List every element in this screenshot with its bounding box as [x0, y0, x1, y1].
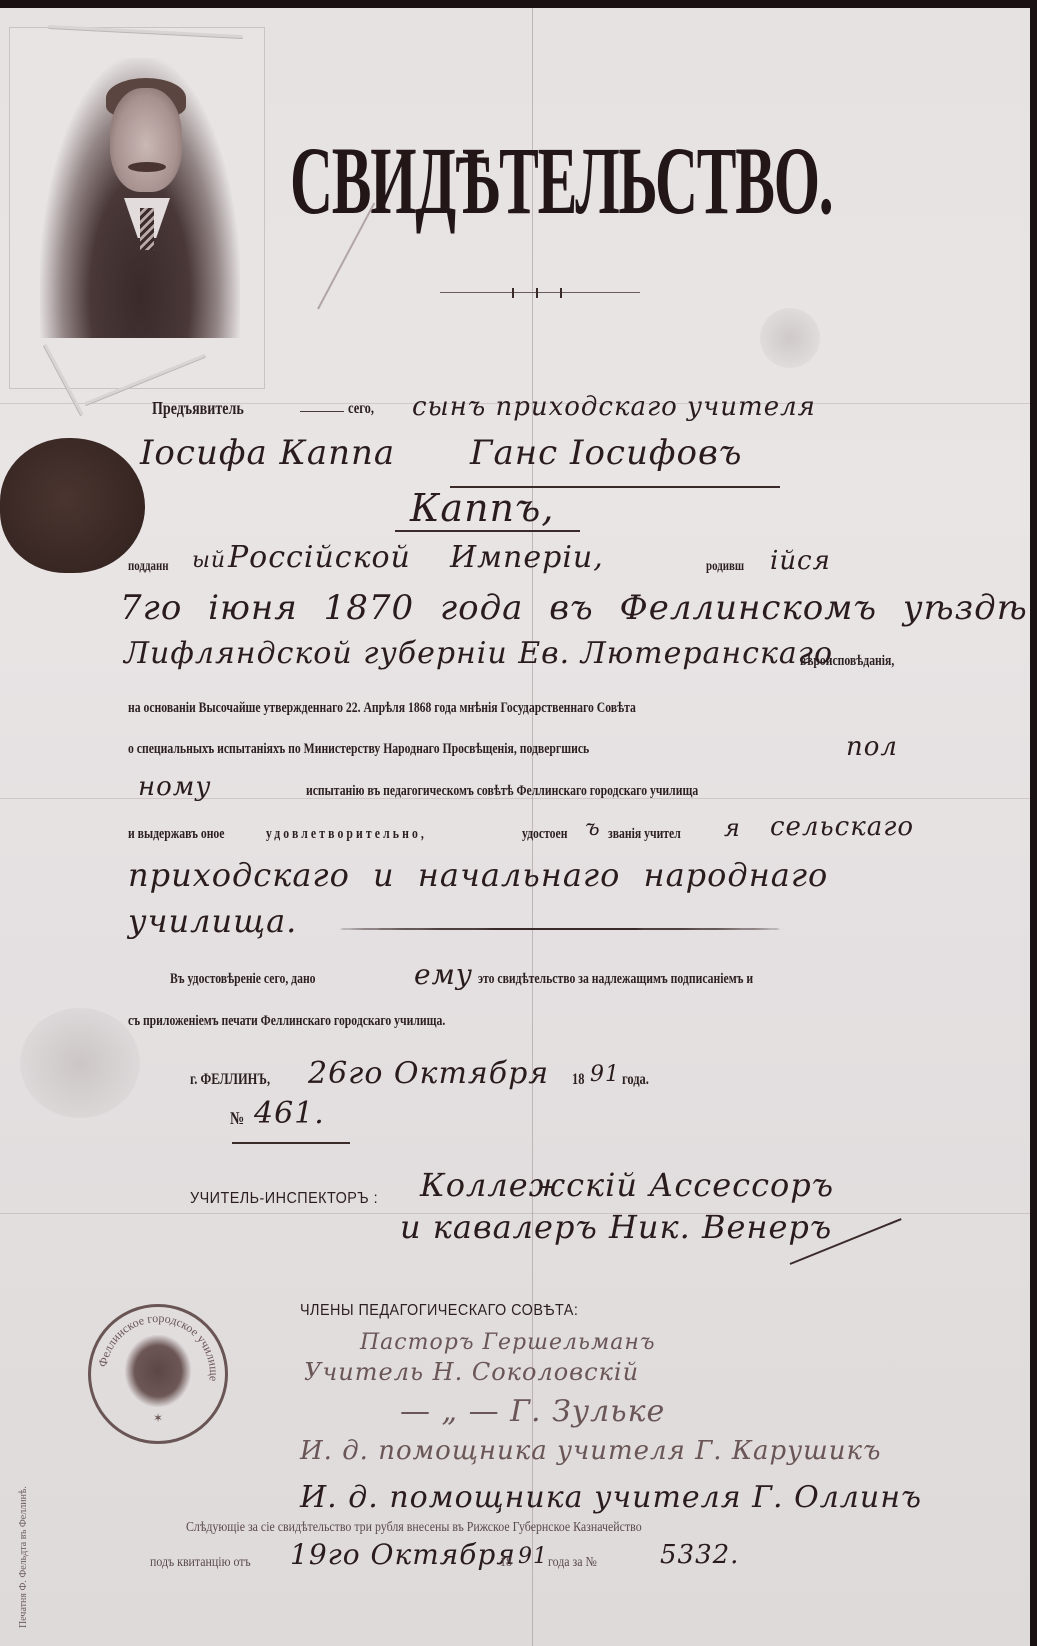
printer-imprint: Печатня Ф. Фельдта въ Феллинѣ. — [18, 1486, 29, 1628]
hand-issue-date: 26го Октября — [308, 1056, 549, 1091]
fill-line — [300, 411, 344, 412]
star-icon: ✶ — [153, 1411, 163, 1425]
hand-year-suffix: 91 — [518, 1544, 548, 1569]
printed-number-sign: № — [230, 1108, 244, 1129]
double-headed-eagle-icon — [125, 1335, 191, 1407]
printed-school-seal: съ приложеніемъ печати Феллинскаго город… — [128, 1013, 445, 1030]
hand-school-type: приходскаго и начальнаго народнаго — [128, 856, 828, 894]
fee-receipt-label: подъ квитанцію отъ — [150, 1555, 251, 1571]
hand-rural: сельскаго — [770, 812, 914, 842]
printed-special-exams: о специальныхъ испытаніяхъ по Министерст… — [128, 741, 589, 758]
hand-province-confession: Лифляндской губерніи Ев. Лютеранскаго — [124, 636, 833, 671]
portrait-figure — [40, 58, 240, 338]
inspector-label: УЧИТЕЛЬ-ИНСПЕКТОРЪ : — [190, 1190, 378, 1208]
printed-city: г. ФЕЛЛИНЪ, — [190, 1071, 270, 1089]
photo-border — [1030, 0, 1037, 1646]
hand-certificate-number: 461. — [254, 1096, 325, 1131]
printed-exam-council: испытанію въ педагогическомъ совѣтѣ Фелл… — [306, 783, 698, 800]
number-flourish — [232, 1142, 350, 1144]
school-stamp: Феллинское городское училище ✶ — [88, 1304, 228, 1444]
fee-note-text: Слѣдующіе за сіе свидѣтельство три рубля… — [186, 1520, 642, 1536]
inspector-signature-name: и кавалеръ Ник. Венеръ — [400, 1208, 832, 1246]
printed-sego: сего, — [348, 400, 374, 418]
hand-birth-date-place: 7го іюня 1870 года въ Феллинскомъ уѣздѣ — [120, 588, 1028, 628]
hand-him: ему — [414, 958, 473, 991]
hand-father-name: Іосифа Каппа — [140, 433, 395, 473]
paper-stain — [20, 1008, 140, 1118]
printed-legal-basis: на основаніи Высочайше утвержденнаго 22.… — [128, 700, 636, 717]
hand-ending: я — [724, 814, 741, 842]
hand-empire: Имперіи, — [450, 540, 604, 575]
hand-ending: ійся — [770, 546, 831, 576]
printed-year-prefix: 18 — [500, 1555, 512, 1571]
surname-underline — [395, 530, 580, 532]
printed-satisfactory: удовлетворительно, — [266, 826, 427, 843]
wax-seal — [0, 438, 145, 573]
hand-ending: ъ — [585, 816, 601, 841]
certificate-sheet: СВИДѢТЕЛЬСТВО. Предъявитель сего, сынъ п… — [0, 8, 1030, 1646]
council-signature: Пасторъ Гершельманъ — [360, 1330, 656, 1355]
council-signature: И. д. помощника учителя Г. Карушикъ — [300, 1436, 881, 1466]
council-signature: И. д. помощника учителя Г. Оллинъ — [300, 1480, 922, 1515]
hand-receipt-number: 5332. — [660, 1540, 739, 1570]
hand-full-part1: пол — [846, 732, 898, 762]
council-label: ЧЛЕНЫ ПЕДАГОГИЧЕСКАГО СОВѢТА: — [300, 1302, 578, 1320]
council-signature: — „ — Г. Зульке — [400, 1394, 665, 1429]
printed-teacher-title: званія учител — [608, 826, 681, 843]
printed-attestation: Въ удостовѣреніе сего, дано — [170, 971, 316, 988]
hand-school: училища. — [128, 902, 297, 940]
hand-son-of-teacher: сынъ приходскаго учителя — [412, 392, 816, 422]
fill-flourish — [340, 928, 780, 930]
hand-receipt-date: 19го Октября — [290, 1538, 516, 1571]
hand-ending: ый — [192, 548, 226, 573]
hand-year-suffix: 91 — [590, 1062, 620, 1087]
printed-certificate-given: это свидѣтельство за надлежащимъ подписа… — [478, 971, 753, 988]
printed-year-prefix: 18 — [572, 1071, 584, 1089]
printed-born: родивш — [706, 559, 744, 575]
hand-russian: Россійской — [228, 540, 411, 575]
fee-receipt-number-label: года за № — [548, 1555, 597, 1571]
title-ornament — [440, 288, 640, 298]
paper-stain — [760, 308, 820, 368]
printed-year-label: года. — [622, 1071, 649, 1089]
inspector-signature-rank: Коллежскій Ассессоръ — [420, 1166, 834, 1204]
document-title: СВИДѢТЕЛЬСТВО. — [290, 133, 588, 229]
hand-full-part2: ному — [138, 772, 211, 802]
printed-confession: вѣроисповѣданія, — [800, 653, 894, 670]
printed-awarded: удостоен — [522, 826, 567, 843]
printed-passed: и выдержавъ оное — [128, 826, 224, 843]
printed-subject: подданн — [128, 559, 169, 575]
council-signature: Учитель Н. Соколовскій — [304, 1358, 639, 1386]
printed-bearer: Предъявитель — [152, 398, 244, 419]
hand-surname: Каппъ, — [410, 486, 554, 530]
portrait-photograph — [10, 28, 264, 388]
hand-holder-name: Ганс Іосифовъ — [470, 433, 742, 473]
